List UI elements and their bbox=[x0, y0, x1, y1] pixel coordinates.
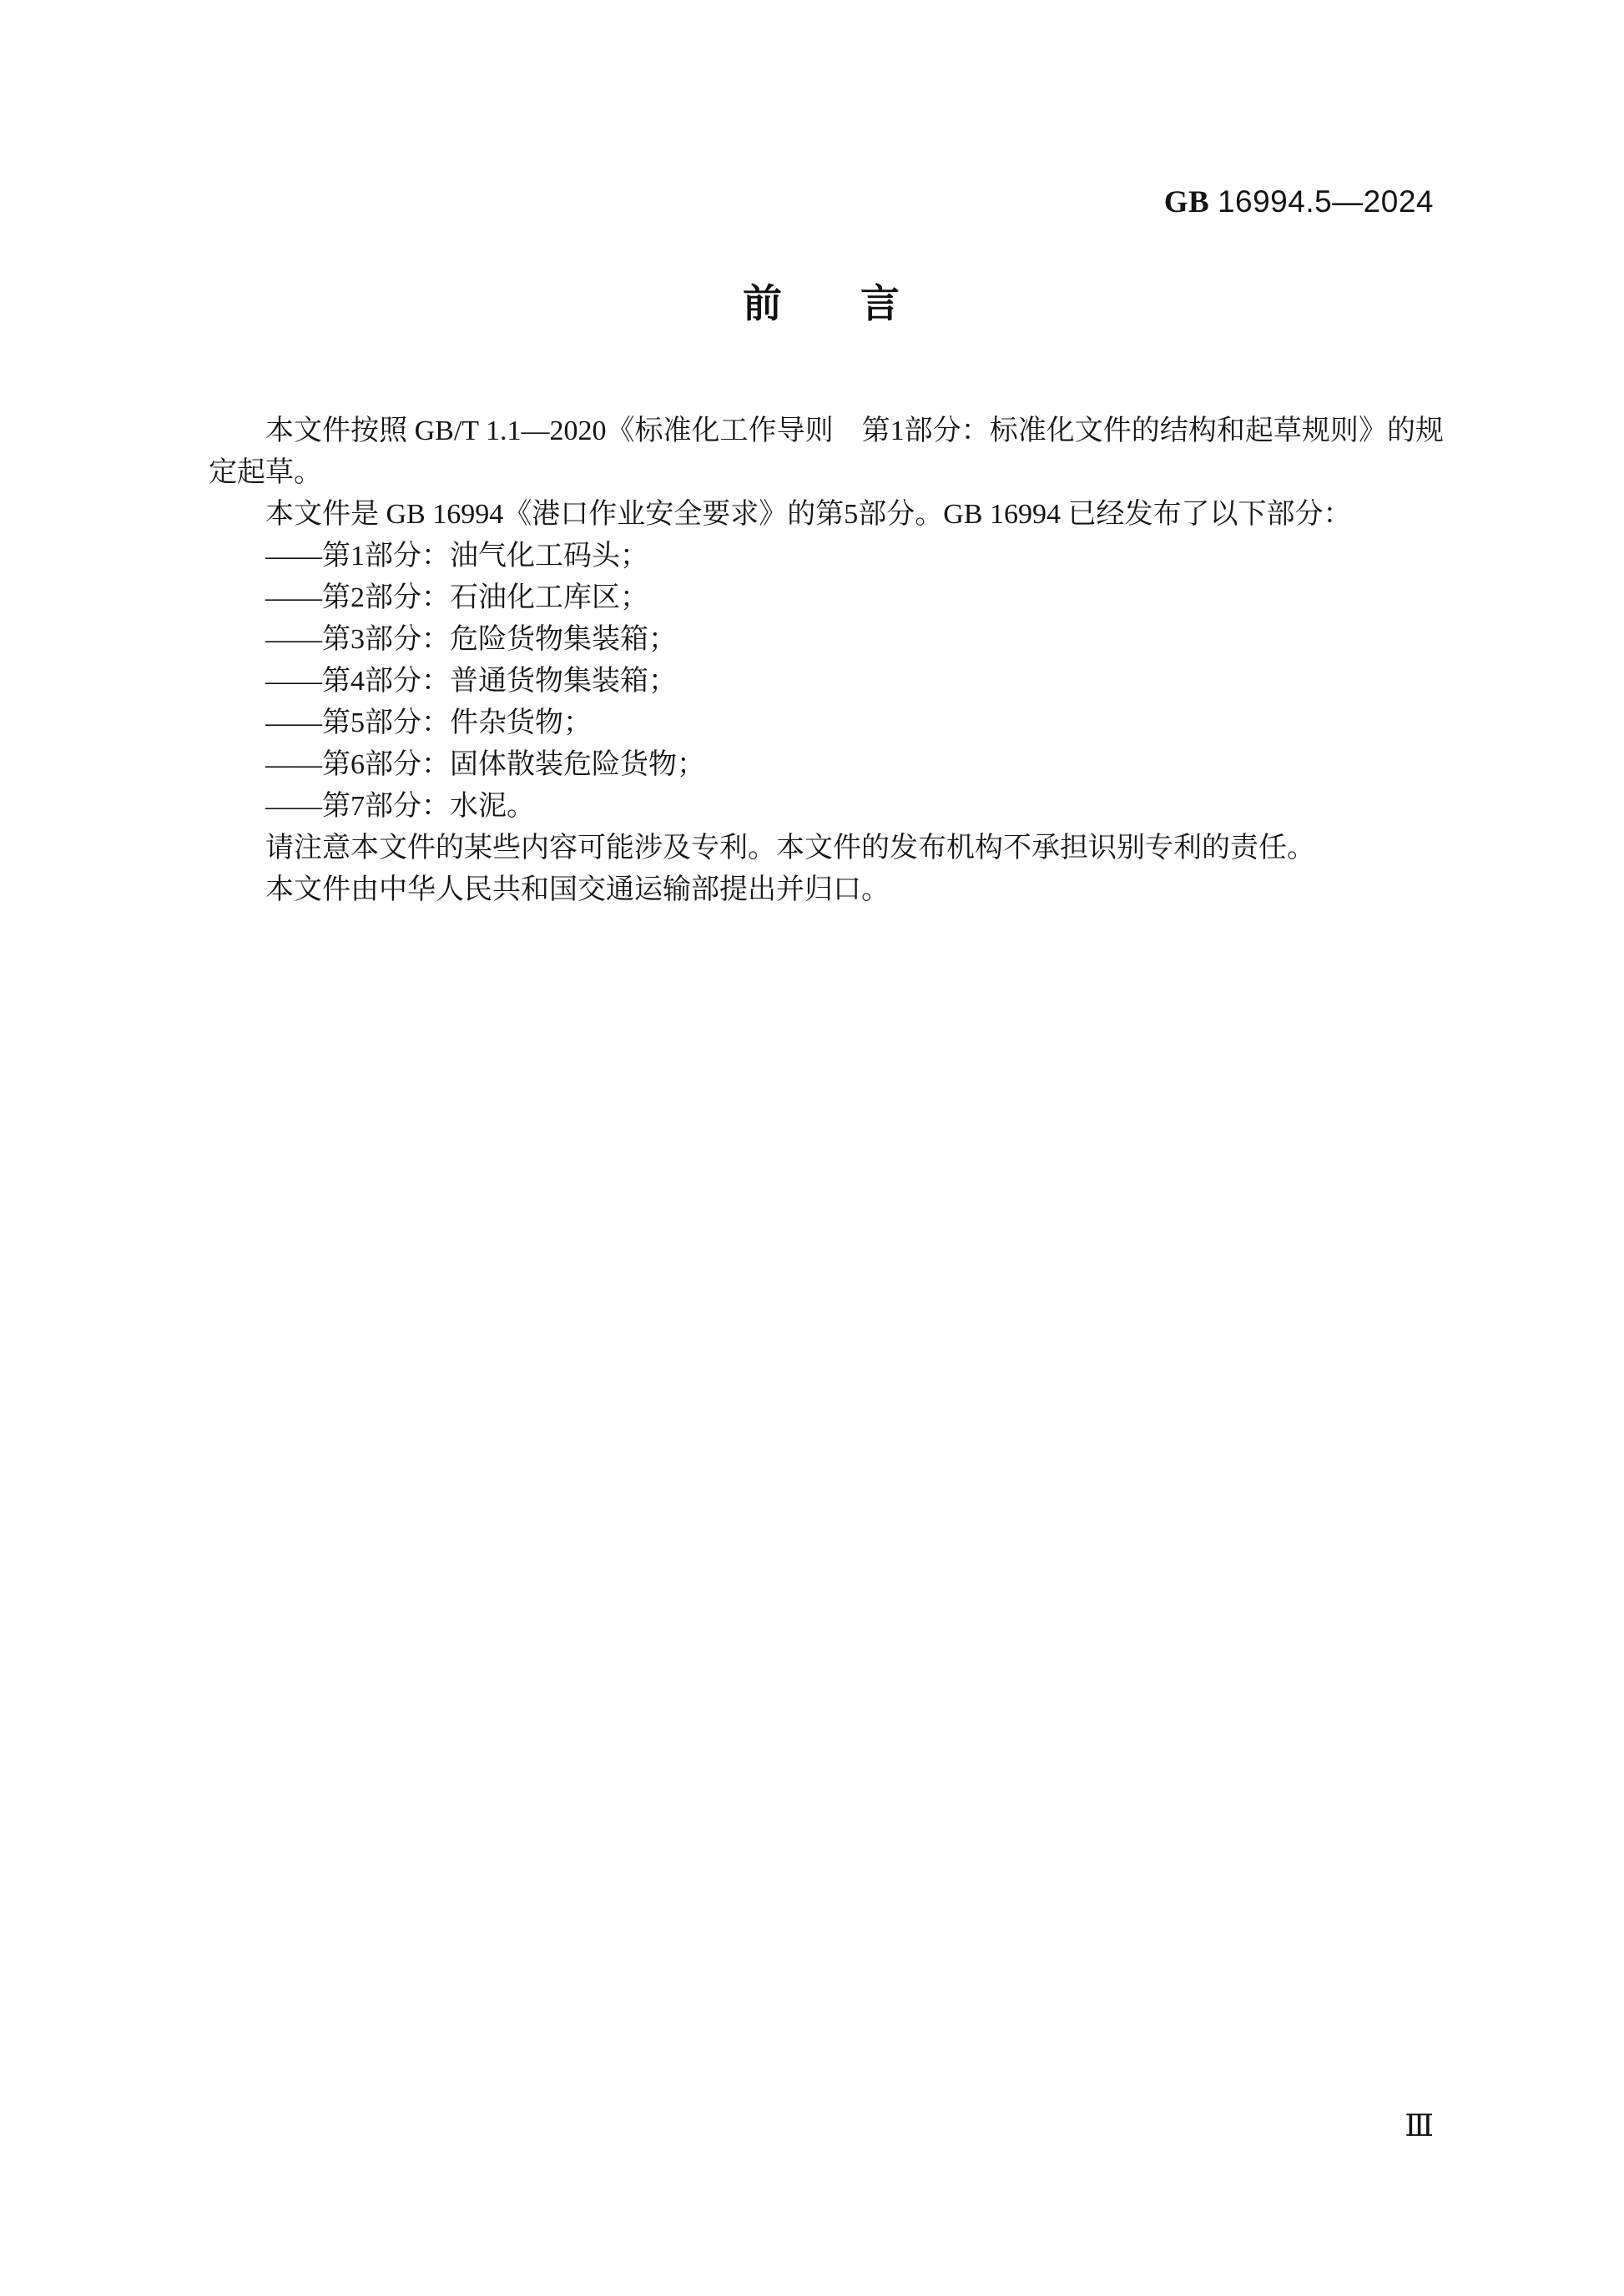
list-item-part-2: ——第2部分：石油化工库区； bbox=[209, 577, 1444, 619]
paragraph-issuing-body: 本文件由中华人民共和国交通运输部提出并归口。 bbox=[209, 869, 1444, 911]
list-item-part-5: ——第5部分：件杂货物； bbox=[209, 702, 1444, 744]
list-item-part-1: ——第1部分：油气化工码头； bbox=[209, 536, 1444, 577]
list-item-part-4: ——第4部分：普通货物集装箱； bbox=[209, 661, 1444, 702]
document-page: GB 16994.5—2024 前 言 本文件按照 GB/T 1.1—2020《… bbox=[0, 0, 1624, 2296]
paragraph-series-intro: 本文件是 GB 16994《港口作业安全要求》的第5部分。GB 16994 已经… bbox=[209, 494, 1444, 536]
page-number: Ⅲ bbox=[209, 2109, 1434, 2142]
list-item-part-6: ——第6部分：固体散装危险货物； bbox=[209, 744, 1444, 786]
standard-code-number: 16994.5—2024 bbox=[1218, 184, 1434, 219]
list-item-part-3: ——第3部分：危险货物集装箱； bbox=[209, 619, 1444, 661]
standard-code-prefix: GB bbox=[1164, 185, 1209, 219]
paragraph-patent-notice: 请注意本文件的某些内容可能涉及专利。本文件的发布机构不承担识别专利的责任。 bbox=[209, 828, 1444, 869]
standard-code: GB 16994.5—2024 bbox=[209, 185, 1434, 219]
paragraph-drafting-rule: 本文件按照 GB/T 1.1—2020《标准化工作导则 第1部分：标准化文件的结… bbox=[209, 410, 1444, 494]
list-item-part-7: ——第7部分：水泥。 bbox=[209, 786, 1444, 828]
foreword-body: 本文件按照 GB/T 1.1—2020《标准化工作导则 第1部分：标准化文件的结… bbox=[209, 410, 1444, 911]
foreword-title: 前 言 bbox=[209, 282, 1434, 327]
